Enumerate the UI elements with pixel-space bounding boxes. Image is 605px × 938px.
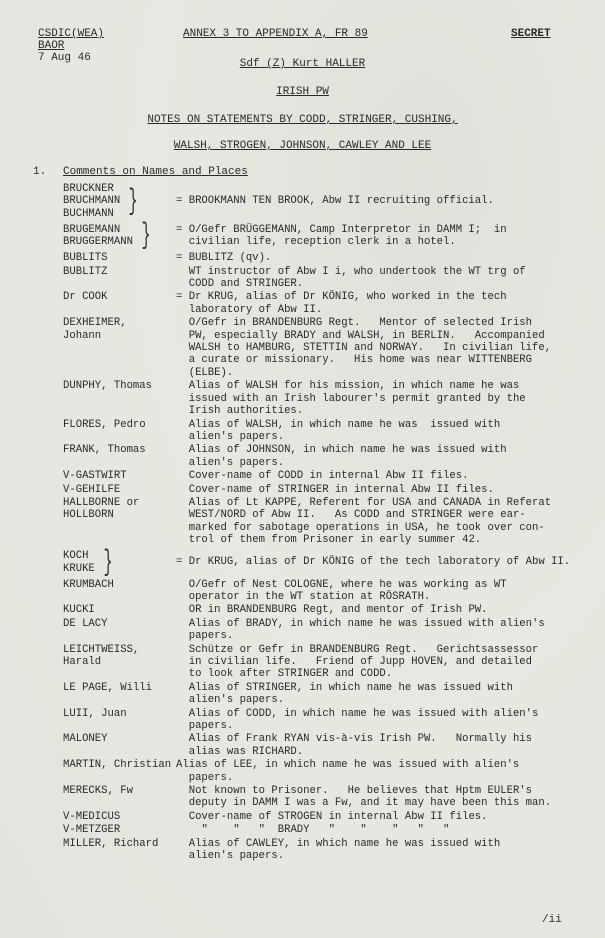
list-item: V-GASTWIRT Cover-name of CODD in interna… xyxy=(63,470,603,482)
entry-name-text: LUII, Juan xyxy=(63,708,127,720)
entry-names: BUBLITZ xyxy=(63,266,176,291)
list-item: KRUMBACH O/Gefr of Nest COLOGNE, where h… xyxy=(63,579,603,604)
entry-names: LE PAGE, Willi xyxy=(63,682,176,707)
entry-name-text: BUBLITS xyxy=(63,252,108,264)
entry-names: V-GASTWIRT xyxy=(63,470,176,482)
list-item: BUBLITZ WT instructor of Abw I i, who un… xyxy=(63,266,603,291)
list-item: MARTIN, ChristianAlias of LEE, in which … xyxy=(63,759,603,784)
list-item: DEXHEIMER, Johann O/Gefr in BRANDENBURG … xyxy=(63,317,603,379)
entry-name-text: DUNPHY, Thomas xyxy=(63,380,152,392)
list-item: FRANK, Thomas Alias of JOHNSON, in which… xyxy=(63,444,603,469)
notes-title-line1: NOTES ON STATEMENTS BY CODD, STRINGER, C… xyxy=(0,114,605,126)
entry-names: V-MEDICUS xyxy=(63,811,176,823)
list-item: MILLER, Richard Alias of CAWLEY, in whic… xyxy=(63,838,603,863)
brace-icon: } xyxy=(129,187,138,217)
document-page: CSDIC(WEA) BAOR 7 Aug 46 ANNEX 3 TO APPE… xyxy=(0,0,605,938)
entry-names: V-METZGER xyxy=(63,824,176,836)
entry-description: = BUBLITZ (qv). xyxy=(176,252,603,264)
entry-name-text: BUBLITZ xyxy=(63,266,108,278)
entry-description: Cover-name of CODD in internal Abw II fi… xyxy=(176,470,603,482)
entry-name-text: HALLBORNE or HOLLBORN xyxy=(63,497,139,521)
entry-name-text: MALONEY xyxy=(63,733,108,745)
entry-names: DUNPHY, Thomas xyxy=(63,380,176,417)
classification-label: SECRET xyxy=(511,28,551,40)
entry-names: MALONEY xyxy=(63,733,176,758)
list-item: MALONEY Alias of Frank RYAN vis-à-vis Ir… xyxy=(63,733,603,758)
entry-description: = Dr KRUG, alias of Dr KÖNIG, who worked… xyxy=(176,291,603,316)
entry-names: MILLER, Richard xyxy=(63,838,176,863)
entry-name-text: FLORES, Pedro xyxy=(63,419,146,431)
entry-name-text: V-METZGER xyxy=(63,824,120,836)
entry-description: Alias of CODD, in which name he was issu… xyxy=(176,708,603,733)
brace-icon: } xyxy=(141,221,150,251)
entry-name-text: KUCKI xyxy=(63,604,95,616)
list-item: DE LACY Alias of BRADY, in which name he… xyxy=(63,618,603,643)
list-item: V-GEHILFE Cover-name of STRINGER in inte… xyxy=(63,484,603,496)
entry-name-text: BRUCKNER BRUCHMANN BUCHMANN xyxy=(63,183,120,220)
entry-description: Alias of BRADY, in which name he was iss… xyxy=(176,618,603,643)
entry-description: = O/Gefr BRÜGGEMANN, Camp Interpretor in… xyxy=(176,224,603,249)
list-item: V-MEDICUS Cover-name of STROGEN in inter… xyxy=(63,811,603,823)
entry-description: Cover-name of STROGEN in internal Abw II… xyxy=(176,811,603,823)
entry-name-text: MERECKS, Fw xyxy=(63,785,133,797)
entry-description: = BROOKMANN TEN BROOK, Abw II recruiting… xyxy=(176,195,603,207)
header-unit: CSDIC(WEA) xyxy=(38,28,104,40)
entry-description: Alias of STRINGER, in which name he was … xyxy=(176,682,603,707)
entry-name-text: LE PAGE, Willi xyxy=(63,682,152,694)
entry-description: OR in BRANDENBURG Regt, and mentor of Ir… xyxy=(176,604,603,616)
list-item: BRUCKNER BRUCHMANN BUCHMANN}= BROOKMANN … xyxy=(63,183,603,220)
list-item: Dr COOK= Dr KRUG, alias of Dr KÖNIG, who… xyxy=(63,291,603,316)
list-item: LUII, Juan Alias of CODD, in which name … xyxy=(63,708,603,733)
entry-names: LEICHTWEISS, Harald xyxy=(63,644,176,681)
entry-names: DEXHEIMER, Johann xyxy=(63,317,176,379)
list-item: BRUGEMANN BRUGGERMANN}= O/Gefr BRÜGGEMAN… xyxy=(63,221,603,251)
entry-name-text: LEICHTWEISS, Harald xyxy=(63,644,139,668)
list-item: FLORES, Pedro Alias of WALSH, in which n… xyxy=(63,419,603,444)
entry-name-text: V-GEHILFE xyxy=(63,484,120,496)
entry-names: BUBLITS xyxy=(63,252,176,264)
list-item: V-METZGER " " " BRADY " " " " " xyxy=(63,824,603,836)
entry-names: Dr COOK xyxy=(63,291,176,316)
entry-description: O/Gefr in BRANDENBURG Regt. Mentor of se… xyxy=(176,317,603,379)
entry-description: Alias of WALSH for his mission, in which… xyxy=(176,380,603,417)
entry-description: Cover-name of STRINGER in internal Abw I… xyxy=(176,484,603,496)
names-list: BRUCKNER BRUCHMANN BUCHMANN}= BROOKMANN … xyxy=(63,183,603,864)
entry-name-text: DE LACY xyxy=(63,618,108,630)
entry-name-text: BRUGEMANN BRUGGERMANN xyxy=(63,224,133,249)
entry-name-text: KOCH KRUKE xyxy=(63,550,95,575)
section-number: 1. xyxy=(33,166,46,178)
entry-names: FLORES, Pedro xyxy=(63,419,176,444)
entry-name-text: Dr COOK xyxy=(63,291,108,303)
list-item: MERECKS, Fw Not known to Prisoner. He be… xyxy=(63,785,603,810)
entry-names: BRUGEMANN BRUGGERMANN} xyxy=(63,221,176,251)
notes-title-line2: WALSH, STROGEN, JOHNSON, CAWLEY AND LEE xyxy=(0,140,605,152)
brace-icon: } xyxy=(103,548,112,578)
entry-name-text: V-GASTWIRT xyxy=(63,470,127,482)
entry-names: BRUCKNER BRUCHMANN BUCHMANN} xyxy=(63,183,176,220)
list-item: KOCH KRUKE}= Dr KRUG, alias of Dr KÖNIG … xyxy=(63,548,603,578)
entry-name-text: V-MEDICUS xyxy=(63,811,120,823)
entry-names: KUCKI xyxy=(63,604,176,616)
entry-names: KRUMBACH xyxy=(63,579,176,604)
list-item: KUCKI OR in BRANDENBURG Regt, and mentor… xyxy=(63,604,603,616)
entry-description: WT instructor of Abw I i, who undertook … xyxy=(176,266,603,291)
entry-names: MERECKS, Fw xyxy=(63,785,176,810)
entry-description: Alias of Frank RYAN vis-à-vis Irish PW. … xyxy=(176,733,603,758)
entry-name-text: MILLER, Richard xyxy=(63,838,158,850)
entry-name-text: MARTIN, Christian xyxy=(63,759,171,771)
entry-names: KOCH KRUKE} xyxy=(63,548,176,578)
topic-line: IRISH PW xyxy=(0,86,605,98)
entry-description: " " " BRADY " " " " " xyxy=(176,824,603,836)
entry-name-text: FRANK, Thomas xyxy=(63,444,146,456)
continuation-marker: /ii xyxy=(542,914,562,926)
entry-names: V-GEHILFE xyxy=(63,484,176,496)
entry-description: Schütze or Gefr in BRANDENBURG Regt. Ger… xyxy=(176,644,603,681)
entry-description: Not known to Prisoner. He believes that … xyxy=(176,785,603,810)
list-item: LE PAGE, Willi Alias of STRINGER, in whi… xyxy=(63,682,603,707)
entry-names: HALLBORNE or HOLLBORN xyxy=(63,497,176,547)
list-item: HALLBORNE or HOLLBORN Alias of Lt KAPPE,… xyxy=(63,497,603,547)
entry-names: FRANK, Thomas xyxy=(63,444,176,469)
entry-description: Alias of WALSH, in which name he was iss… xyxy=(176,419,603,444)
entry-description: O/Gefr of Nest COLOGNE, where he was wor… xyxy=(176,579,603,604)
entry-name-text: KRUMBACH xyxy=(63,579,114,591)
header-location: BAOR xyxy=(38,40,104,52)
entry-name-text: DEXHEIMER, Johann xyxy=(63,317,127,341)
entry-names: DE LACY xyxy=(63,618,176,643)
subject-line: Sdf (Z) Kurt HALLER xyxy=(0,58,605,70)
entry-description: Alias of CAWLEY, in which name he was is… xyxy=(176,838,603,863)
list-item: LEICHTWEISS, Harald Schütze or Gefr in B… xyxy=(63,644,603,681)
entry-description: Alias of JOHNSON, in which name he was i… xyxy=(176,444,603,469)
list-item: DUNPHY, Thomas Alias of WALSH for his mi… xyxy=(63,380,603,417)
entry-description: Alias of LEE, in which name he was issue… xyxy=(176,759,603,784)
entry-names: MARTIN, Christian xyxy=(63,759,176,784)
entry-names: LUII, Juan xyxy=(63,708,176,733)
section-title: Comments on Names and Places xyxy=(63,166,248,178)
entry-description: Alias of Lt KAPPE, Referent for USA and … xyxy=(176,497,603,547)
list-item: BUBLITS= BUBLITZ (qv). xyxy=(63,252,603,264)
annex-title: ANNEX 3 TO APPENDIX A, FR 89 xyxy=(183,28,368,40)
entry-description: = Dr KRUG, alias of Dr KÖNIG of the tech… xyxy=(176,556,603,568)
